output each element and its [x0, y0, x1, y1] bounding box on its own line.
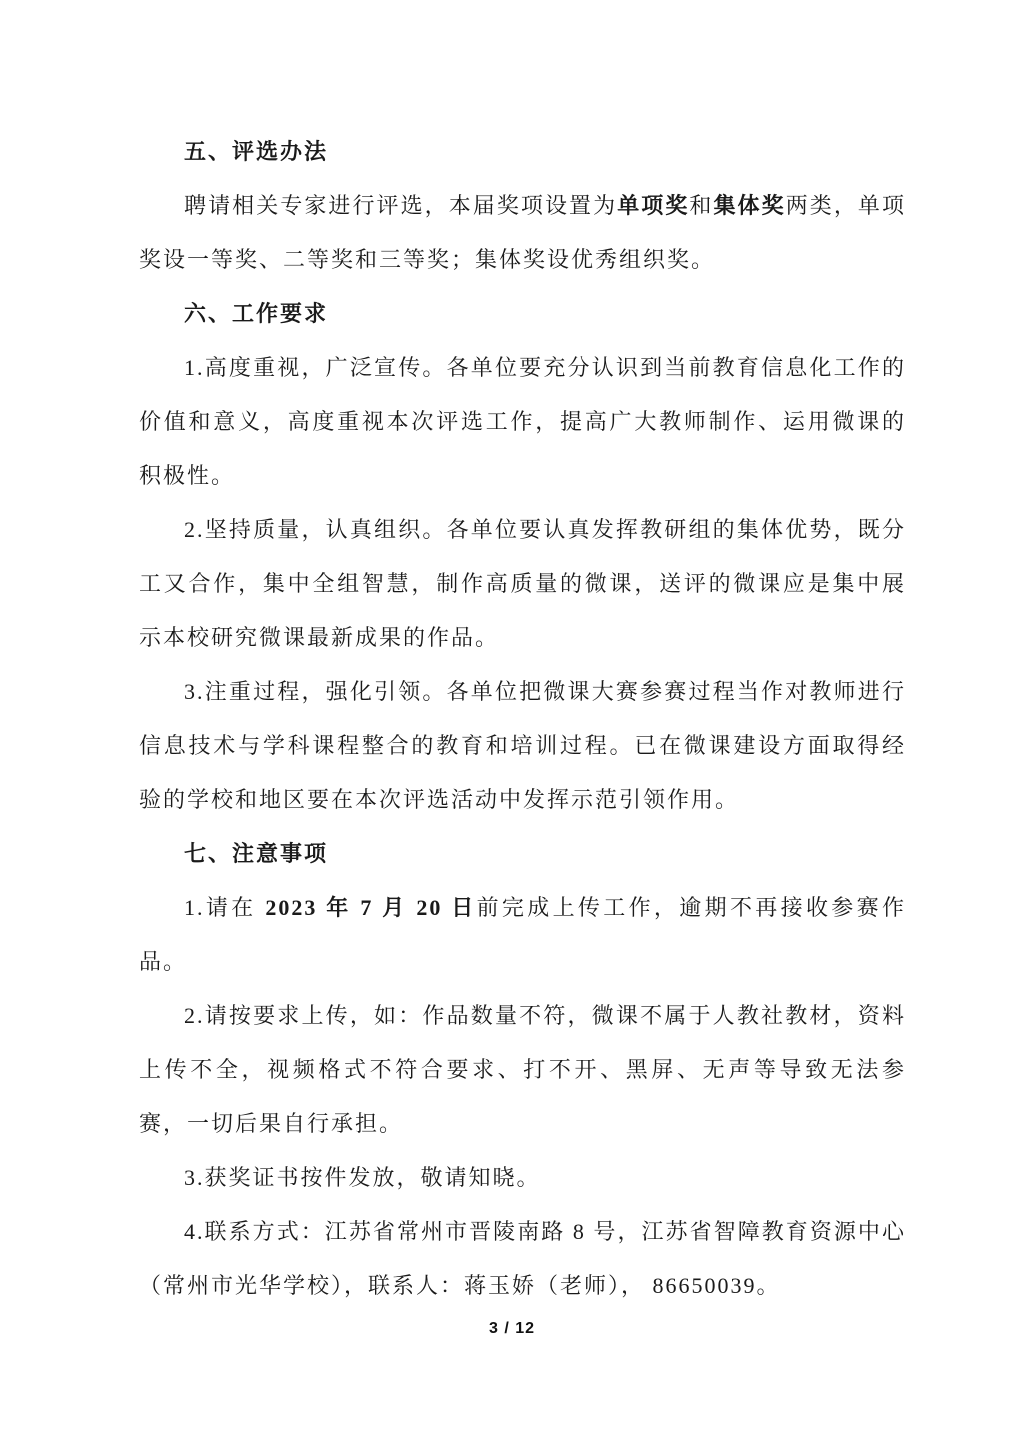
- paragraph-note-2: 2.请按要求上传，如：作品数量不符，微课不属于人教社教材，资料上传不全，视频格式…: [139, 989, 906, 1151]
- text-segment: 1.请在: [184, 895, 265, 920]
- document-body: 五、评选办法 聘请相关专家进行评选，本届奖项设置为单项奖和集体奖两类，单项奖设一…: [139, 125, 906, 1313]
- page-footer: 3 / 12: [0, 1320, 1024, 1338]
- section-heading-evaluation-method: 五、评选办法: [139, 125, 906, 179]
- text-segment-bold: 单项奖: [617, 193, 689, 218]
- text-segment: 3.注重过程，强化引领。各单位把微课大赛参赛过程当作对教师进行信息技术与学科课程…: [139, 679, 906, 812]
- text-segment: 聘请相关专家进行评选，本届奖项设置为: [184, 193, 617, 218]
- paragraph-note-1: 1.请在 2023 年 7 月 20 日前完成上传工作，逾期不再接收参赛作品。: [139, 881, 906, 989]
- paragraph-evaluation-method: 聘请相关专家进行评选，本届奖项设置为单项奖和集体奖两类，单项奖设一等奖、二等奖和…: [139, 179, 906, 287]
- text-segment: 3.获奖证书按件发放，敬请知晓。: [184, 1165, 541, 1190]
- text-segment: 和: [689, 193, 713, 218]
- text-segment-bold: 集体奖: [713, 193, 785, 218]
- text-segment: 2.请按要求上传，如：作品数量不符，微课不属于人教社教材，资料上传不全，视频格式…: [139, 1003, 906, 1136]
- text-segment-bold: 2023 年 7 月 20 日: [265, 895, 476, 920]
- section-heading-work-requirements: 六、工作要求: [139, 287, 906, 341]
- text-segment: 2.坚持质量，认真组织。各单位要认真发挥教研组的集体优势，既分工又合作，集中全组…: [139, 517, 906, 650]
- paragraph-note-3: 3.获奖证书按件发放，敬请知晓。: [139, 1151, 906, 1205]
- document-page: 五、评选办法 聘请相关专家进行评选，本届奖项设置为单项奖和集体奖两类，单项奖设一…: [0, 0, 1024, 1448]
- text-segment: 1.高度重视，广泛宣传。各单位要充分认识到当前教育信息化工作的价值和意义，高度重…: [139, 355, 906, 488]
- section-heading-notes: 七、注意事项: [139, 827, 906, 881]
- page-number: 3 / 12: [489, 1320, 535, 1337]
- text-segment: 4.联系方式：江苏省常州市晋陵南路 8 号，江苏省智障教育资源中心（常州市光华学…: [139, 1219, 906, 1298]
- paragraph-work-requirement-2: 2.坚持质量，认真组织。各单位要认真发挥教研组的集体优势，既分工又合作，集中全组…: [139, 503, 906, 665]
- paragraph-work-requirement-3: 3.注重过程，强化引领。各单位把微课大赛参赛过程当作对教师进行信息技术与学科课程…: [139, 665, 906, 827]
- paragraph-work-requirement-1: 1.高度重视，广泛宣传。各单位要充分认识到当前教育信息化工作的价值和意义，高度重…: [139, 341, 906, 503]
- paragraph-note-4: 4.联系方式：江苏省常州市晋陵南路 8 号，江苏省智障教育资源中心（常州市光华学…: [139, 1205, 906, 1313]
